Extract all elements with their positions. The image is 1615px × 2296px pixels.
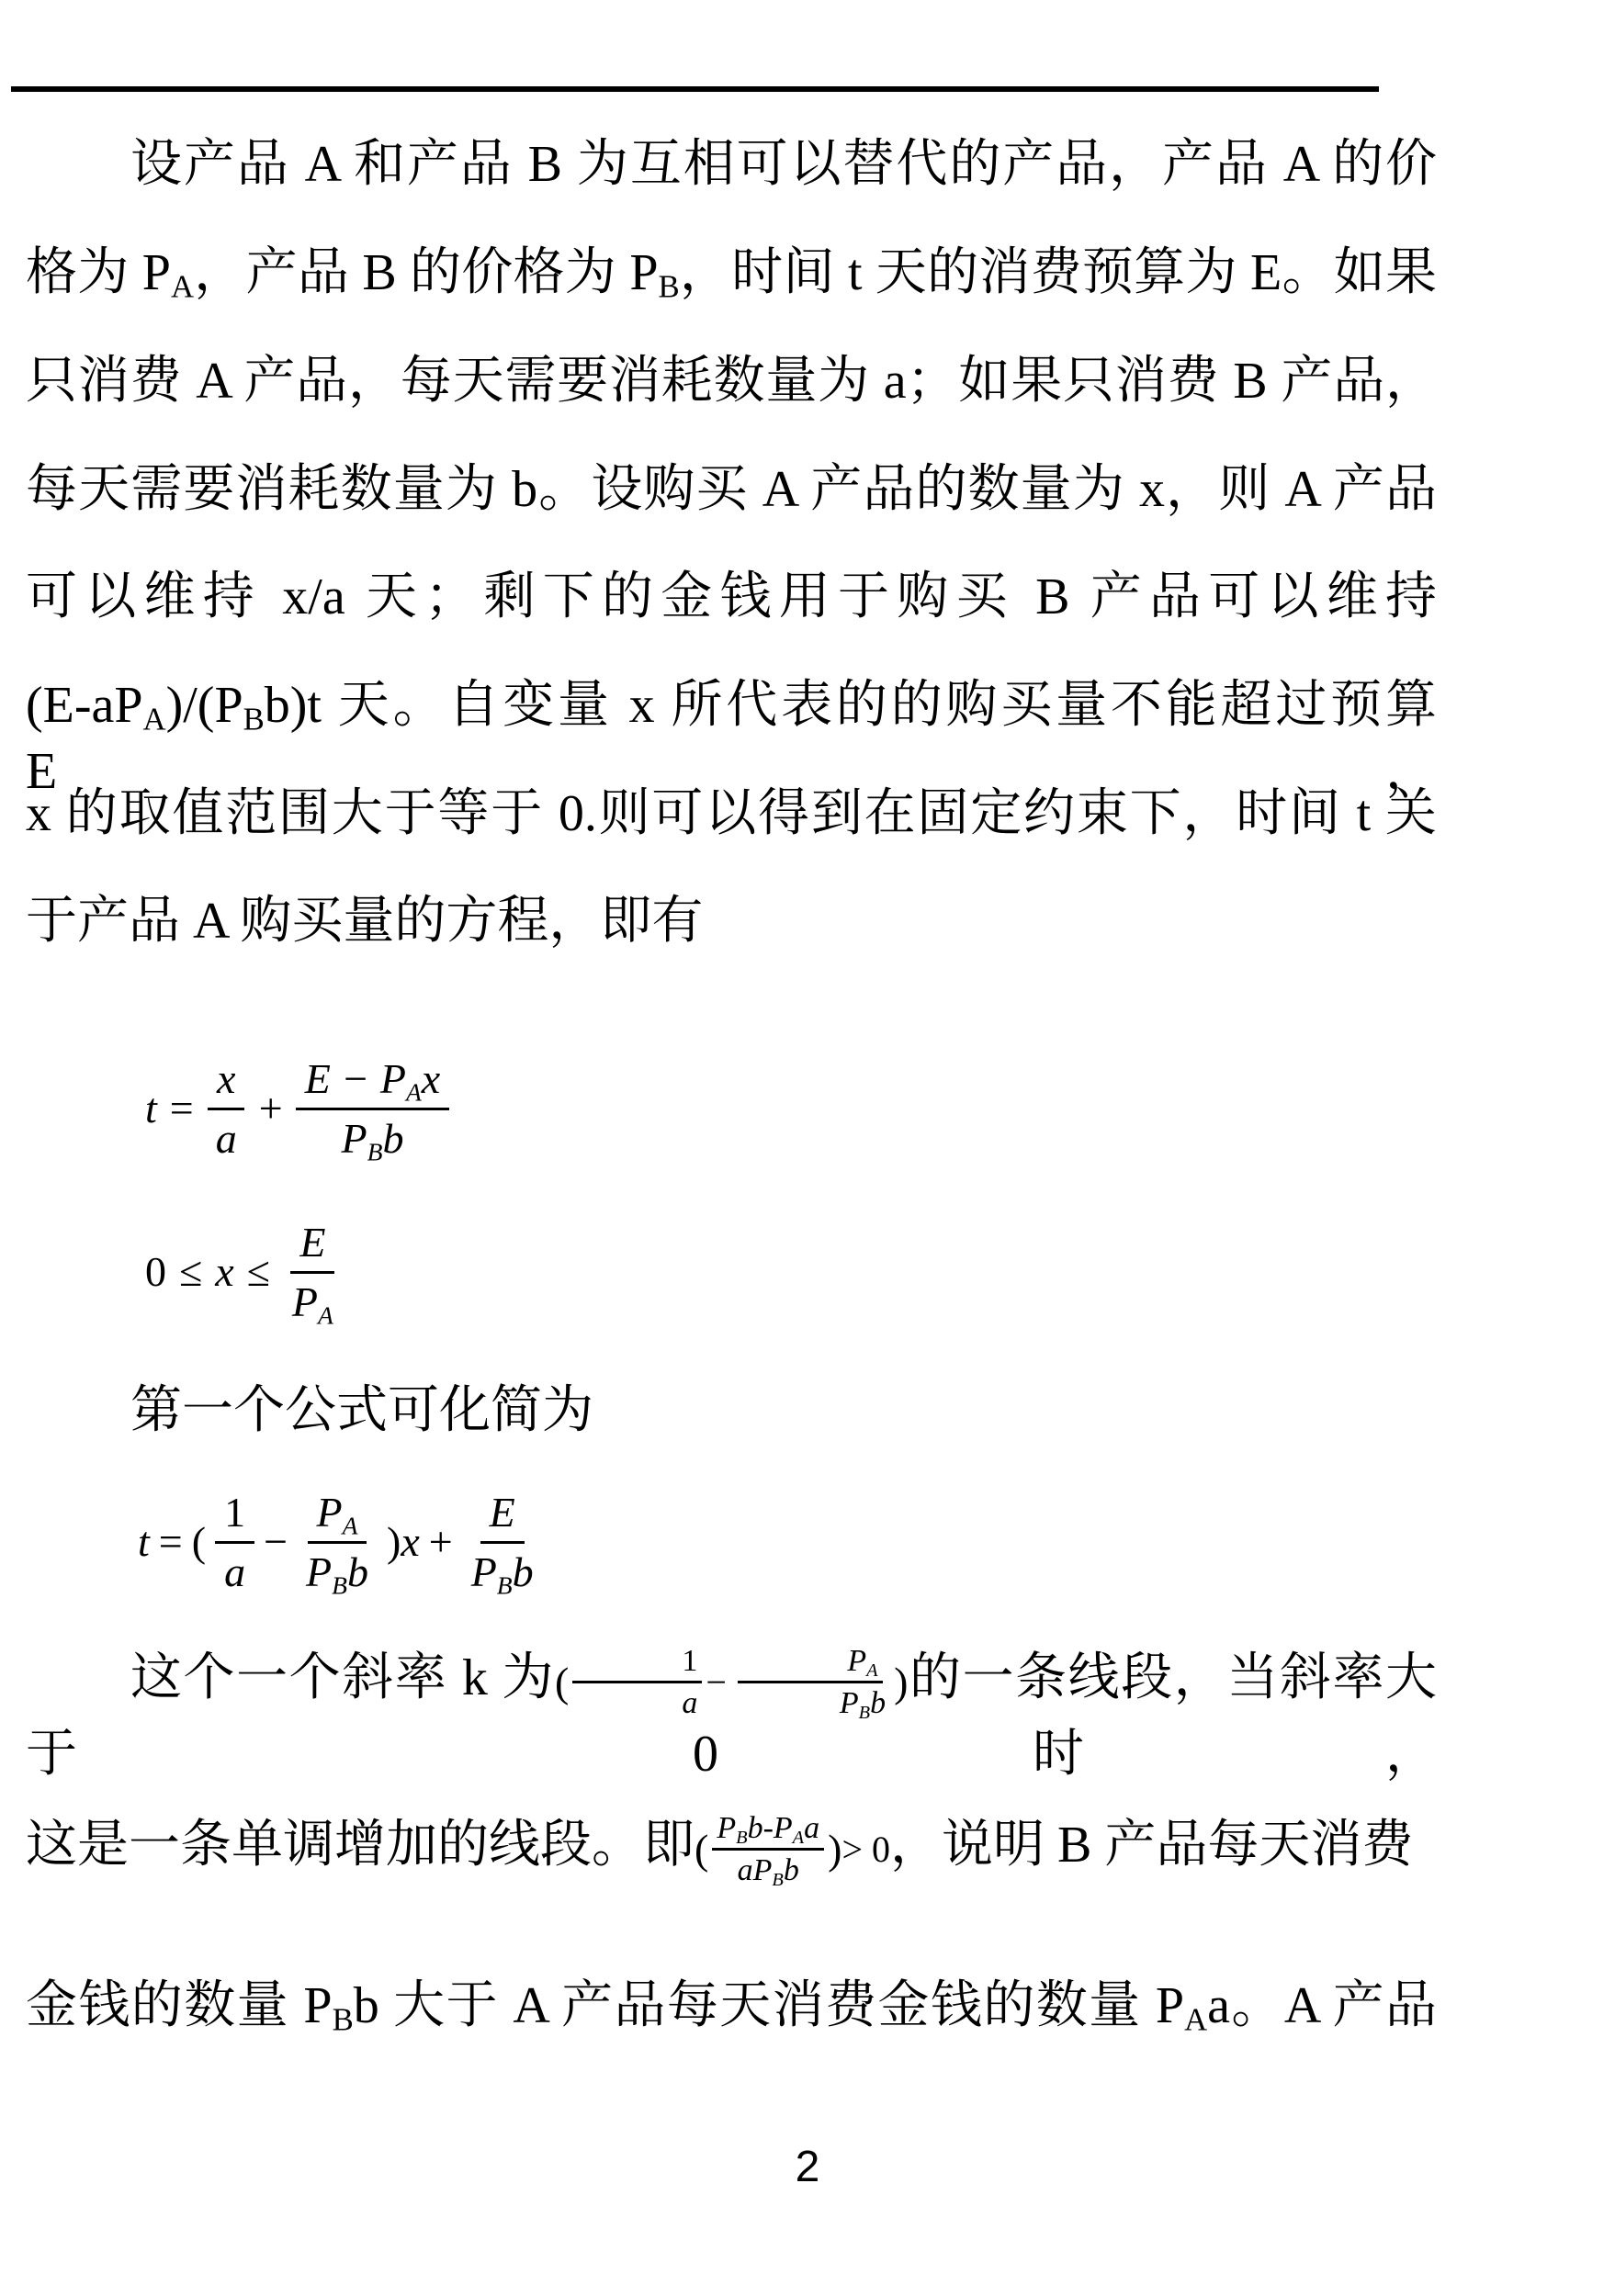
math-operator: + [259, 1086, 283, 1132]
fraction-denominator: PBb [297, 1544, 378, 1596]
fraction-numerator: E [480, 1490, 525, 1544]
fraction-denominator: PBb [462, 1544, 543, 1596]
subscript: A [171, 269, 194, 305]
math-var: t [138, 1519, 150, 1566]
text-segment: 格为 P [26, 244, 171, 301]
subscript: A [866, 1660, 877, 1681]
subscript: A [406, 1077, 422, 1106]
header-rule [11, 86, 1379, 92]
text-segment: ，说明 B 产品每天消费 [890, 1817, 1413, 1874]
document-page: 设产品 A 和产品 B 为互相可以替代的产品，产品 A 的价 格为 PA，产品 … [0, 0, 1615, 2296]
p1-line7: x 的取值范围大于等于 0.则可以得到在固定约束下，时间 t 关 [26, 781, 1437, 847]
text-segment: 只消费 A 产品，每天需要消耗数量为 a；如果只消费 B 产品， [26, 353, 1437, 410]
math-paren: ) [387, 1519, 401, 1566]
math-operator: ≤ [247, 1249, 270, 1296]
subscript: B [658, 269, 679, 305]
fraction-denominator: PBb [332, 1110, 412, 1163]
math-operator: = [159, 1519, 183, 1566]
subscript: A [1184, 2002, 1207, 2038]
subscript: B [859, 1704, 870, 1724]
p1-line1: 设产品 A 和产品 B 为互相可以替代的产品，产品 A 的价 [26, 131, 1437, 197]
text-segment: 这个一个斜率 k 为 [130, 1649, 555, 1706]
fraction-numerator: 1 [215, 1490, 254, 1544]
subscript: B [736, 1828, 747, 1848]
fraction: E − PAx PBb [296, 1056, 450, 1162]
math-operator: = [170, 1086, 194, 1132]
fraction-numerator: E [290, 1220, 334, 1274]
math-paren: ) [894, 1659, 908, 1705]
page-number: 2 [0, 2142, 1615, 2192]
fraction-numerator: PA [308, 1490, 367, 1544]
fraction-numerator: 1 [572, 1644, 702, 1683]
math-var: t [145, 1086, 157, 1132]
fraction-denominator: a [207, 1110, 246, 1163]
fraction: 1 a [215, 1490, 254, 1595]
text-segment: 每天需要消耗数量为 b。设购买 A 产品的数量为 x，则 A 产品 [26, 461, 1437, 518]
text-segment: ，产品 B 的价格为 P [194, 244, 658, 301]
subscript: B [367, 1137, 383, 1165]
subscript: A [318, 1300, 333, 1329]
math-paren: ) [828, 1826, 841, 1873]
math-operator: + [429, 1519, 453, 1566]
fraction-numerator: x [208, 1056, 244, 1110]
fraction-denominator: PBb [730, 1683, 890, 1720]
text-segment: 金钱的数量 P [26, 1977, 333, 2034]
formula-2: 0 ≤ x ≤ E PA [145, 1220, 343, 1325]
math-operator: > 0 [841, 1829, 890, 1870]
fraction: PA PBb [297, 1490, 378, 1595]
subscript: A [343, 1511, 358, 1539]
inline-fraction: 1a [572, 1644, 702, 1721]
p2-line2: 这是一条单调增加的线段。即(PBb-PAaaPBb)> 0，说明 B 产品每天消… [26, 1811, 1437, 1888]
subscript: B [772, 1871, 783, 1891]
text-segment: x 的取值范围大于等于 0.则可以得到在固定约束下，时间 t 关 [26, 785, 1437, 842]
subscript: A [793, 1828, 804, 1848]
text-segment: 设产品 A 和产品 B 为互相可以替代的产品，产品 A 的价 [130, 136, 1437, 193]
text-segment: ，时间 t 天的消费预算为 E。如果 [680, 244, 1437, 301]
text-segment: 于产品 A 购买量的方程，即有 [26, 893, 703, 950]
fraction-denominator: aPBb [733, 1851, 804, 1887]
math-operator: − [264, 1519, 288, 1566]
subscript: B [332, 1570, 347, 1599]
p2-line3: 金钱的数量 PBb 大于 A 产品每天消费金钱的数量 PAa。A 产品 [26, 1973, 1437, 2039]
fraction-numerator: PBb-PAa [712, 1811, 824, 1851]
p1-line4: 每天需要消耗数量为 b。设购买 A 产品的数量为 x，则 A 产品 [26, 456, 1437, 523]
math-var: x [215, 1249, 233, 1296]
math-operator: − [706, 1661, 727, 1703]
section-heading: 第一个公式可化简为 [26, 1378, 1437, 1444]
math-operator: ≤ [179, 1249, 202, 1296]
math-number: 0 [145, 1249, 166, 1296]
text-segment: )/(P [166, 677, 243, 734]
fraction-denominator: a [215, 1544, 254, 1596]
fraction: x a [207, 1056, 246, 1162]
p1-line8: 于产品 A 购买量的方程，即有 [26, 888, 1437, 954]
fraction-numerator: E − PAx [296, 1056, 450, 1110]
text-segment: a。A 产品 [1207, 1977, 1437, 2034]
subscript: B [497, 1570, 513, 1599]
text-segment: 可以维持 x/a 天；剩下的金钱用于购买 B 产品可以维持 [26, 568, 1437, 625]
inline-fraction: PAPBb [730, 1644, 890, 1721]
fraction-numerator: PA [738, 1644, 882, 1683]
p1-line5: 可以维持 x/a 天；剩下的金钱用于购买 B 产品可以维持 [26, 564, 1437, 630]
subscript: A [143, 702, 166, 737]
text-segment: 这是一条单调增加的线段。即 [26, 1817, 695, 1874]
formula-3: t = ( 1 a − PA PBb ) x + E PBb [138, 1490, 543, 1595]
formula-1: t = x a + E − PAx PBb [145, 1056, 449, 1162]
subscript: B [243, 702, 265, 737]
text-segment: b 大于 A 产品每天消费金钱的数量 P [354, 1977, 1184, 2034]
subscript: B [333, 2002, 354, 2038]
text-segment: 第一个公式可化简为 [130, 1382, 593, 1439]
p1-line3: 只消费 A 产品，每天需要消耗数量为 a；如果只消费 B 产品， [26, 348, 1437, 414]
math-var: x [401, 1519, 419, 1566]
p1-line2: 格为 PA，产品 B 的价格为 PB，时间 t 天的消费预算为 E。如果 [26, 240, 1437, 306]
text-segment: (E-aP [26, 677, 143, 734]
math-paren: ( [555, 1659, 569, 1705]
math-paren: ( [192, 1519, 206, 1566]
math-paren: ( [695, 1826, 708, 1873]
fraction-denominator: a [572, 1683, 702, 1720]
p2-line1: 这个一个斜率 k 为(1a−PAPBb)的一条线段，当斜率大于 0 时， [26, 1644, 1437, 1787]
fraction: E PA [283, 1220, 343, 1325]
fraction: E PBb [462, 1490, 543, 1595]
inline-fraction: PBb-PAaaPBb [712, 1811, 824, 1888]
fraction-denominator: PA [283, 1274, 343, 1326]
